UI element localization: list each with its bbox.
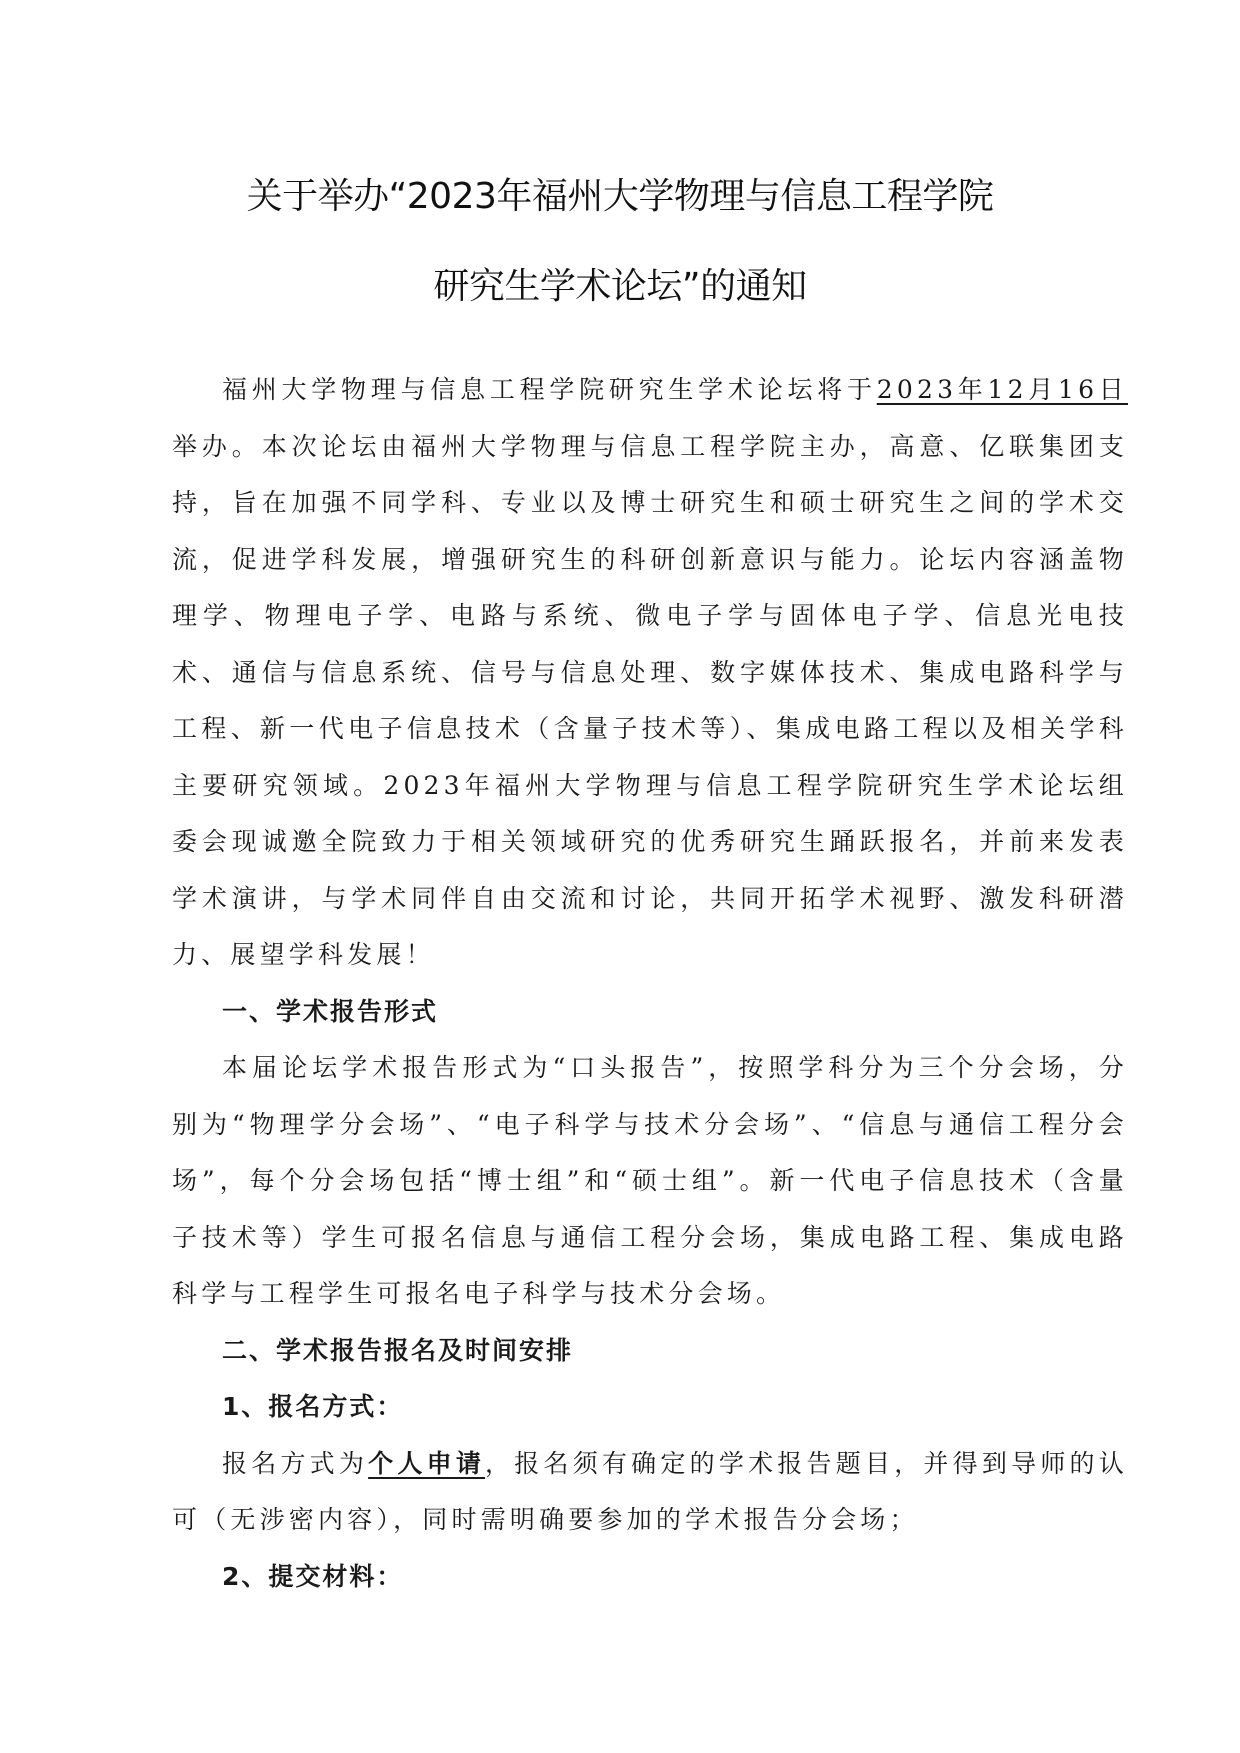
section-2-heading: 二、学术报告报名及时间安排 [172,1323,1128,1380]
document-body: 福州大学物理与信息工程学院研究生学术论坛将于2023年12月16日举办。本次论坛… [172,362,1128,1605]
registration-text-before: 报名方式为 [222,1449,368,1478]
intro-paragraph: 福州大学物理与信息工程学院研究生学术论坛将于2023年12月16日举办。本次论坛… [172,362,1128,984]
intro-text-after-date: 举办。本次论坛由福州大学物理与信息工程学院主办，高意、亿联集团支持，旨在加强不同… [172,432,1128,970]
registration-method-paragraph: 报名方式为个人申请，报名须有确定的学术报告题目，并得到导师的认可（无涉密内容），… [172,1436,1128,1549]
section-1-heading: 一、学术报告形式 [172,984,1128,1041]
document-title-line-2: 研究生学术论坛”的通知 [0,258,1240,309]
subsection-registration-method-heading: 1、报名方式： [172,1379,1128,1436]
section-1-paragraph: 本届论坛学术报告形式为“口头报告”，按照学科分为三个分会场，分别为“物理学分会场… [172,1040,1128,1323]
intro-text-before-date: 福州大学物理与信息工程学院研究生学术论坛将于 [222,375,877,404]
individual-application-emphasis: 个人申请 [368,1449,485,1478]
forum-date: 2023年12月16日 [877,375,1128,404]
document-page: 关于举办“2023年福州大学物理与信息工程学院 研究生学术论坛”的通知 福州大学… [0,0,1240,1753]
subsection-submission-materials-heading: 2、提交材料： [172,1549,1128,1606]
document-title-line-1: 关于举办“2023年福州大学物理与信息工程学院 [0,168,1240,219]
